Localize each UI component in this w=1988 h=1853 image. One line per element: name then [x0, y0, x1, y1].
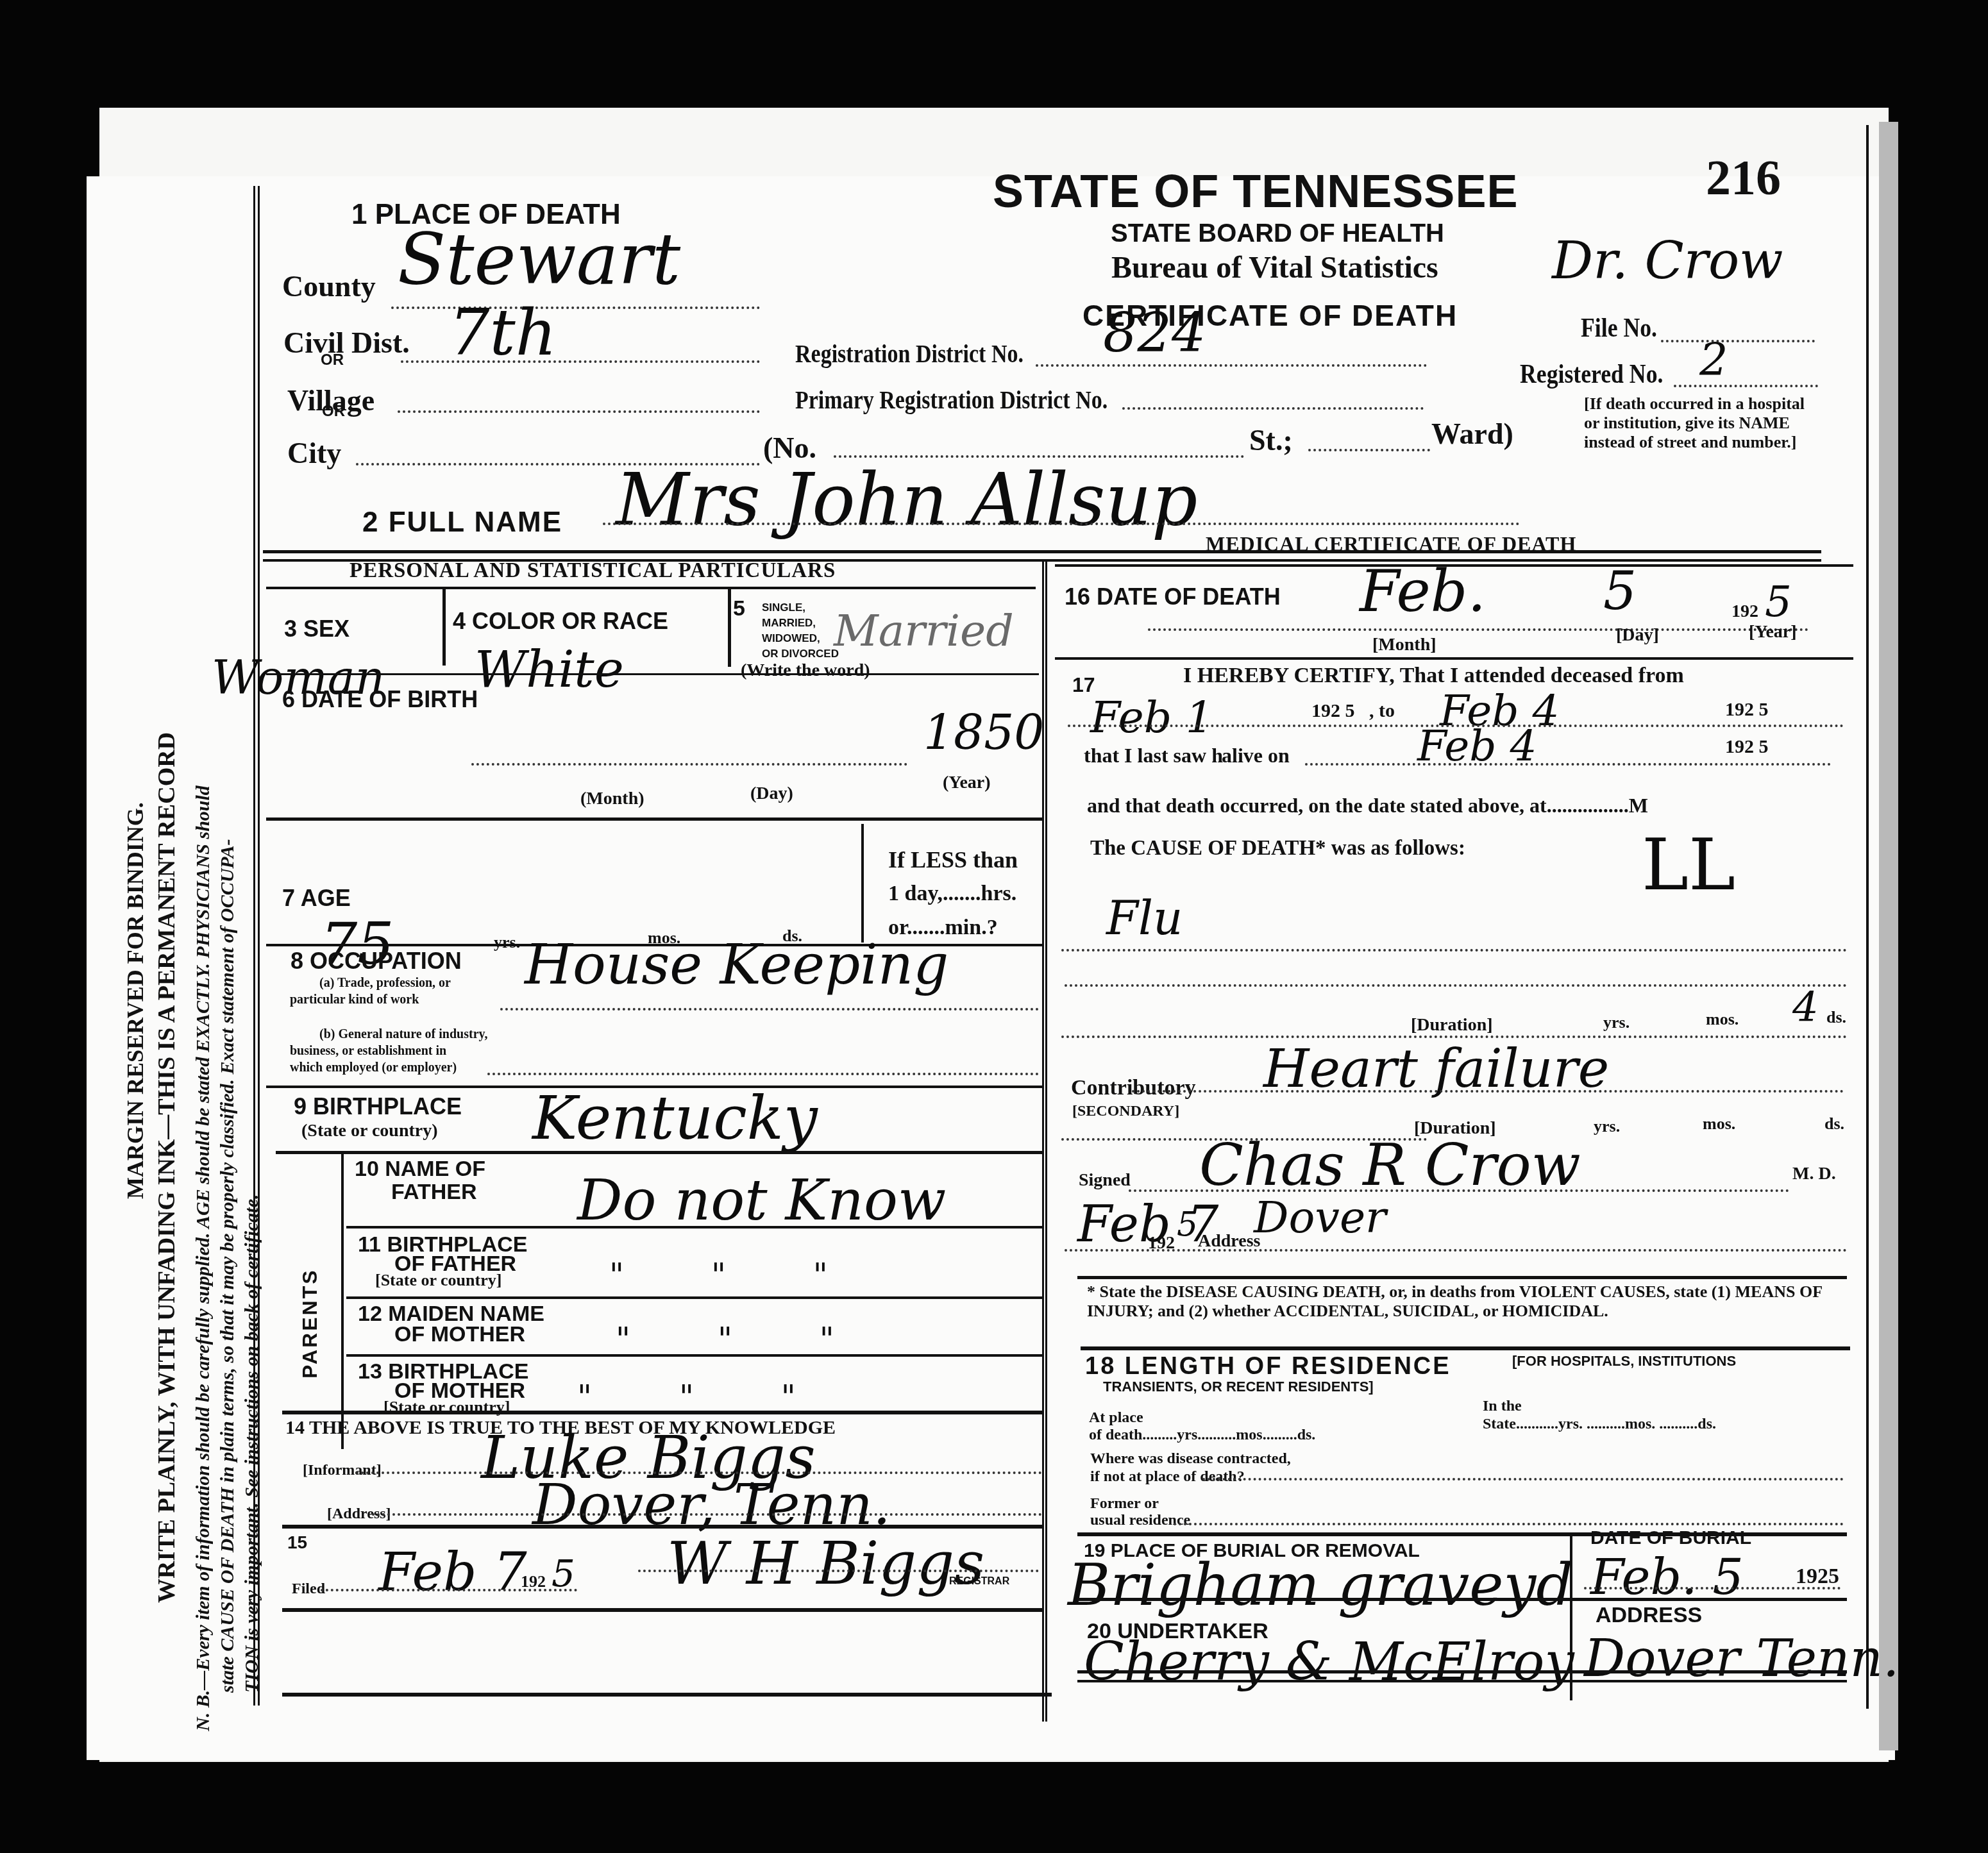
signed-bottom-rule	[1077, 1276, 1847, 1279]
board-title: STATE BOARD OF HEALTH	[1111, 219, 1444, 248]
occupation-label: 8 OCCUPATION	[291, 948, 462, 975]
signed-address-line	[1065, 1249, 1847, 1252]
date-of-death-month[interactable]: Feb.	[1360, 558, 1486, 625]
dob-day-label: (Day)	[750, 784, 793, 804]
age-yrs-label: yrs.	[494, 933, 520, 952]
primary-registration-line[interactable]	[1122, 407, 1424, 410]
attended-to-label: , to	[1369, 700, 1395, 722]
registered-no-label: Registered No.	[1520, 359, 1663, 390]
margin-write-plainly-text: WRITE PLAINLY, WITH UNFADING INK—THIS IS…	[153, 732, 181, 1603]
registration-district-line	[1036, 364, 1427, 367]
occupation-value[interactable]: House Keeping	[525, 933, 948, 997]
burial-date-label: DATE OF BURIAL	[1590, 1527, 1751, 1549]
full-name-label: 2 FULL NAME	[362, 507, 562, 539]
undertaker-address-label: ADDRESS	[1596, 1603, 1702, 1628]
marital-number: 5	[733, 596, 745, 621]
cause-value[interactable]: Flu	[1106, 891, 1183, 945]
date-of-death-line	[1148, 628, 1808, 631]
md-label: M. D.	[1792, 1164, 1836, 1184]
city-label: City	[287, 436, 341, 470]
signed-line	[1129, 1189, 1789, 1192]
attended-from-value[interactable]: Feb 1	[1090, 692, 1213, 743]
registration-district-label: Registration District No.	[795, 339, 1023, 369]
medical-heading: MEDICAL CERTIFICATE OF DEATH	[1206, 532, 1576, 556]
signed-address-value[interactable]: Dover	[1254, 1193, 1386, 1243]
former-residence-line[interactable]	[1174, 1523, 1844, 1525]
less-than-line-1: If LESS than	[888, 846, 1018, 873]
dod-month-label: [Month]	[1372, 635, 1436, 655]
duration-ds-1: ds.	[1826, 1008, 1846, 1027]
duration-yrs-1: yrs.	[1603, 1013, 1630, 1032]
attended-from-year: 192 5	[1311, 700, 1355, 722]
contributory-label: Contributory	[1071, 1076, 1196, 1100]
less-than-line-2: 1 day,.......hrs.	[888, 882, 1016, 906]
birthplace-value[interactable]: Kentucky	[532, 1084, 818, 1153]
father-bp-value[interactable]: " " "	[609, 1257, 866, 1294]
dob-year-label: (Year)	[943, 773, 991, 793]
marital-option-married: MARRIED,	[762, 617, 816, 630]
secondary-label: [SECONDARY]	[1072, 1103, 1179, 1120]
mother-label-2: OF MOTHER	[394, 1322, 525, 1347]
duration-mos-2: mos.	[1703, 1114, 1735, 1134]
registered-no-line	[1674, 385, 1818, 387]
sex-race-divider	[442, 589, 446, 666]
last-saw-year: 192 5	[1725, 736, 1769, 758]
former-residence-label-2: usual residence	[1090, 1512, 1190, 1529]
birthplace-label: 9 BIRTHPLACE	[294, 1093, 462, 1120]
contracted-line[interactable]	[1202, 1478, 1844, 1480]
burial-date-value[interactable]: Feb. 5	[1590, 1548, 1744, 1606]
dod-bottom-rule	[1055, 657, 1853, 660]
contributory-line	[1132, 1090, 1844, 1093]
at-place-label-2: of death.........yrs..........mos.......…	[1089, 1427, 1315, 1444]
cause-mark: LL	[1642, 824, 1735, 906]
duration-days-value[interactable]: 4	[1792, 984, 1819, 1032]
cause-footnote: * State the DISEASE CAUSING DEATH, or, i…	[1087, 1282, 1853, 1321]
burial-bottom-rule-2	[1077, 1680, 1847, 1682]
form-right-border	[1866, 125, 1869, 1709]
civil-dist-label: Civil Dist.	[283, 326, 410, 360]
street-st-label: St.;	[1249, 423, 1293, 457]
father-label-1: 10 NAME OF	[355, 1159, 485, 1178]
county-line	[391, 306, 760, 309]
registrar-signature[interactable]: W H Biggs	[667, 1529, 984, 1598]
parents-section-label: PARENTS	[298, 1268, 322, 1379]
death-occurred-text: and that death occurred, on the date sta…	[1087, 794, 1648, 818]
personal-heading: PERSONAL AND STATISTICAL PARTICULARS	[350, 559, 836, 583]
former-residence-label-1: Former or	[1090, 1495, 1159, 1513]
residence-heading: 18 LENGTH OF RESIDENCE	[1085, 1353, 1451, 1380]
duration-yrs-2: yrs.	[1594, 1117, 1620, 1136]
filed-line	[321, 1589, 577, 1591]
informant-address-line	[372, 1513, 1042, 1516]
marital-option-single: SINGLE,	[762, 601, 805, 615]
burial-date-line	[1584, 1587, 1841, 1589]
burial-bottom-rule-1	[1077, 1670, 1847, 1673]
date-of-death-day[interactable]: 5	[1603, 561, 1637, 622]
row-divider-8	[346, 1354, 1042, 1357]
duration-label-1: [Duration]	[1411, 1015, 1493, 1035]
civil-dist-line	[401, 360, 760, 363]
alive-on-label: alive on	[1222, 744, 1290, 767]
occupation-a-label-1: (a) Trade, profession, or	[319, 976, 451, 991]
age-less-divider	[861, 824, 864, 943]
marital-value[interactable]: Married	[834, 606, 1014, 657]
contracted-label-1: Where was disease contracted,	[1090, 1450, 1291, 1468]
cause-line-2	[1065, 984, 1847, 987]
registrar-line	[638, 1570, 1039, 1572]
or-label-1: OR	[321, 351, 344, 369]
occupation-b-label-3: which employed (or employer)	[290, 1061, 457, 1075]
annotation-dr-crow: Dr. Crow	[1552, 231, 1783, 290]
burial-mid-rule	[1077, 1598, 1847, 1601]
full-name-value[interactable]: Mrs John Allsup	[616, 458, 1197, 542]
dob-year-value[interactable]: 1850	[923, 705, 1044, 760]
personal-heading-rule	[266, 587, 1036, 589]
father-bp-hint: [State or country]	[375, 1271, 501, 1290]
burial-year-value[interactable]: 1925	[1796, 1564, 1839, 1589]
last-saw-label: that I last saw h	[1084, 744, 1223, 767]
full-name-line	[603, 523, 1520, 525]
registration-district-value[interactable]: 824	[1103, 301, 1206, 364]
age-label: 7 AGE	[282, 885, 351, 912]
undertaker-value[interactable]: Cherry & McElroy	[1084, 1632, 1574, 1693]
in-state-label-1: In the	[1483, 1398, 1522, 1415]
race-value[interactable]: White	[475, 641, 624, 699]
street-line[interactable]	[834, 455, 1244, 458]
last-saw-line	[1305, 763, 1831, 766]
residence-heading-note-1: [FOR HOSPITALS, INSTITUTIONS	[1512, 1353, 1736, 1370]
village-line[interactable]	[398, 410, 760, 413]
occupation-a-label-2: particular kind of work	[290, 993, 419, 1007]
filed-number: 15	[287, 1532, 307, 1553]
row-divider-9	[282, 1411, 1042, 1414]
registrar-label: REGISTRAR	[949, 1576, 1009, 1588]
or-label-2: OR	[322, 403, 345, 421]
in-state-label-2: State...........yrs. ..........mos. ....…	[1483, 1416, 1716, 1433]
row-divider-5	[276, 1151, 1042, 1154]
sex-label: 3 SEX	[284, 616, 350, 642]
footnote-bottom-rule	[1081, 1346, 1850, 1350]
form-left-border	[253, 186, 260, 1706]
informant-label: [Informant]	[303, 1462, 382, 1479]
paper-edge	[1879, 122, 1898, 1750]
date-of-death-year-prefix: 192	[1731, 601, 1758, 622]
at-place-label-1: At place	[1089, 1409, 1143, 1427]
cause-line-3	[1061, 1035, 1847, 1038]
bureau-title: Bureau of Vital Statistics	[1111, 250, 1438, 285]
dob-label: 6 DATE OF BIRTH	[282, 686, 478, 713]
filed-bottom-rule	[282, 1608, 1042, 1612]
county-value[interactable]: Stewart	[398, 218, 680, 300]
attended-to-year: 192 5	[1725, 699, 1769, 721]
burial-place-value[interactable]: Brigham graveyd	[1068, 1552, 1573, 1619]
cause-label: The CAUSE OF DEATH* was as follows:	[1090, 837, 1465, 860]
row-divider-10	[282, 1525, 1042, 1529]
marital-option-widowed: WIDOWED,	[762, 632, 820, 645]
duration-ds-2: ds.	[1824, 1114, 1844, 1134]
page-number: 216	[1706, 149, 1781, 206]
row-divider-6	[346, 1226, 1042, 1228]
mother-value[interactable]: " " "	[616, 1321, 873, 1358]
primary-registration-label: Primary Registration District No.	[795, 385, 1108, 415]
dob-month-label: (Month)	[580, 789, 644, 809]
file-no-line[interactable]	[1661, 340, 1815, 342]
row-divider-1	[266, 673, 1039, 675]
duration-mos-1: mos.	[1706, 1010, 1739, 1029]
registered-no-value[interactable]: 2	[1699, 333, 1728, 386]
margin-nb-text-2: state CAUSE OF DEATH in plain terms, so …	[217, 839, 239, 1693]
row-divider-2	[266, 818, 1042, 821]
date-of-death-year-suffix[interactable]: 5	[1765, 577, 1792, 626]
margin-nb-text: N. B.—Every item of information should b…	[192, 785, 214, 1731]
county-label: County	[282, 269, 376, 303]
occupation-b-label-2: business, or establishment in	[290, 1044, 446, 1059]
race-label: 4 COLOR OR RACE	[453, 608, 668, 635]
form-bottom-rule	[282, 1693, 1052, 1697]
civil-dist-value[interactable]: 7th	[449, 295, 557, 370]
occupation-b-label-1: (b) General nature of industry,	[319, 1027, 487, 1042]
ward-label: Ward)	[1431, 417, 1513, 451]
date-of-death-label: 16 DATE OF DEATH	[1065, 583, 1281, 610]
dod-day-label: [Day]	[1616, 625, 1659, 646]
cert-line-1: I HEREBY CERTIFY, That I attended deceas…	[1183, 664, 1684, 688]
contracted-label-2: if not at place of death?	[1090, 1468, 1245, 1486]
dod-year-label: [Year]	[1749, 622, 1797, 642]
parents-divider	[341, 1154, 344, 1449]
name-divider-1	[263, 550, 1821, 553]
signed-label: Signed	[1079, 1170, 1131, 1191]
state-title: STATE OF TENNESSEE	[993, 165, 1518, 218]
margin-binding-text: MARGIN RESERVED FOR BINDING.	[122, 802, 149, 1199]
father-label-2: FATHER	[391, 1180, 476, 1205]
occupation-line	[500, 1008, 1039, 1010]
birthplace-hint: (State or country)	[301, 1121, 438, 1141]
ward-line[interactable]	[1308, 449, 1430, 451]
race-marital-divider	[728, 587, 731, 667]
marital-hint: (Write the word)	[741, 660, 870, 681]
father-value[interactable]: Do not Know	[577, 1167, 946, 1233]
filed-date-value[interactable]: Feb 7	[378, 1542, 527, 1603]
row-divider-7	[346, 1296, 1042, 1299]
file-no-label: File No.	[1581, 313, 1657, 344]
marital-option-divorced: OR DIVORCED	[762, 648, 839, 660]
residence-heading-note-2: TRANSIENTS, OR RECENT RESIDENTS]	[1103, 1379, 1374, 1395]
hospital-note: [If death occurred in a hospital or inst…	[1584, 394, 1821, 452]
signed-year-suffix[interactable]: 5	[1177, 1205, 1198, 1244]
dob-line[interactable]	[471, 763, 907, 766]
cause-line-1	[1061, 949, 1847, 952]
occupation-b-line[interactable]	[487, 1073, 1039, 1075]
